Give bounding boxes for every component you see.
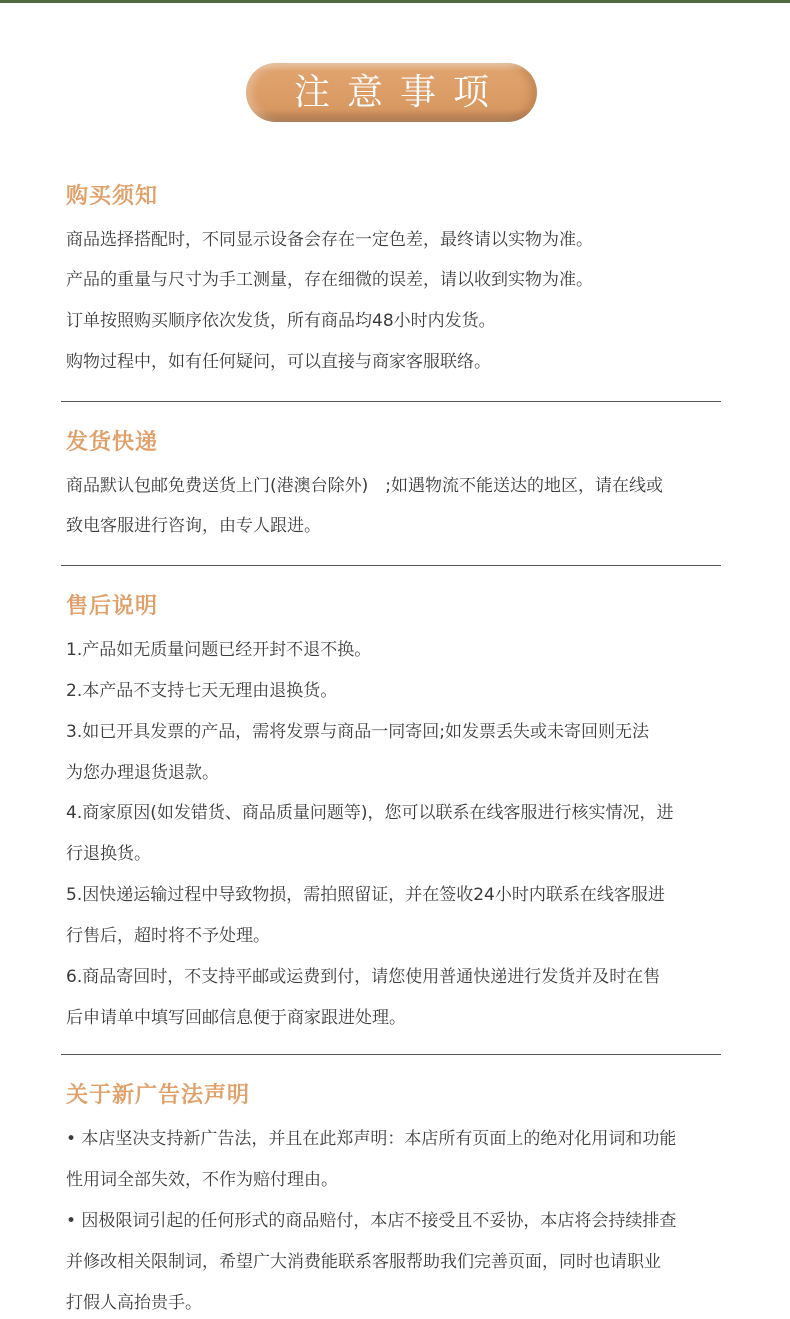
text-line: 商品选择搭配时，不同显示设备会存在一定色差，最终请以实物为准。 <box>66 232 593 249</box>
section-divider <box>61 401 721 402</box>
section-title-after-sales: 售后说明 <box>66 596 158 618</box>
text-line: 6.商品寄回时，不支持平邮或运费到付，请您使用普通快递进行发货并及时在售 <box>66 969 660 986</box>
text-line: 订单按照购买顺序依次发货，所有商品均48小时内发货。 <box>66 313 496 330</box>
notice-banner: 注意事项 <box>246 63 537 122</box>
text-line: 行退换货。 <box>66 846 151 863</box>
section-divider <box>61 1054 721 1055</box>
text-line: 5.因快递运输过程中导致物损，需拍照留证，并在签收24小时内联系在线客服进 <box>66 887 665 904</box>
text-line: 行售后，超时将不予处理。 <box>66 928 270 945</box>
text-line: 产品的重量与尺寸为手工测量，存在细微的误差，请以收到实物为准。 <box>66 272 593 289</box>
text-line: 打假人高抬贵手。 <box>66 1295 202 1312</box>
text-line: 购物过程中，如有任何疑问，可以直接与商家客服联络。 <box>66 354 491 371</box>
section-title-purchase: 购买须知 <box>66 186 158 208</box>
text-line: 为您办理退货退款。 <box>66 765 219 782</box>
text-line: 致电客服进行咨询，由专人跟进。 <box>66 518 321 535</box>
text-line: 1.产品如无质量问题已经开封不退不换。 <box>66 642 371 659</box>
section-title-shipping: 发货快递 <box>66 432 158 454</box>
text-line: 并修改相关限制词，希望广大消费能联系客服帮助我们完善页面，同时也请职业 <box>66 1254 661 1271</box>
text-line: 性用词全部失效，不作为赔付理由。 <box>66 1172 338 1189</box>
section-title-ad-law: 关于新广告法声明 <box>66 1085 250 1107</box>
text-line: 2.本产品不支持七天无理由退换货。 <box>66 683 337 700</box>
text-line: • 本店坚决支持新广告法，并且在此郑声明：本店所有页面上的绝对化用词和功能 <box>66 1131 676 1148</box>
text-line: • 因极限词引起的任何形式的商品赔付，本店不接受且不妥协，本店将会持续排查 <box>66 1213 676 1230</box>
top-accent-bar <box>0 0 790 3</box>
text-line: 3.如已开具发票的产品，需将发票与商品一同寄回;如发票丢失或未寄回则无法 <box>66 724 649 741</box>
text-line: 4.商家原因(如发错货、商品质量问题等)，您可以联系在线客服进行核实情况，进 <box>66 805 673 822</box>
text-line: 后申请单中填写回邮信息便于商家跟进处理。 <box>66 1010 406 1027</box>
section-divider <box>61 565 721 566</box>
text-line: 商品默认包邮免费送货上门(港澳台除外) ;如遇物流不能送达的地区，请在线或 <box>66 478 663 495</box>
banner-title: 注意事项 <box>277 75 506 111</box>
